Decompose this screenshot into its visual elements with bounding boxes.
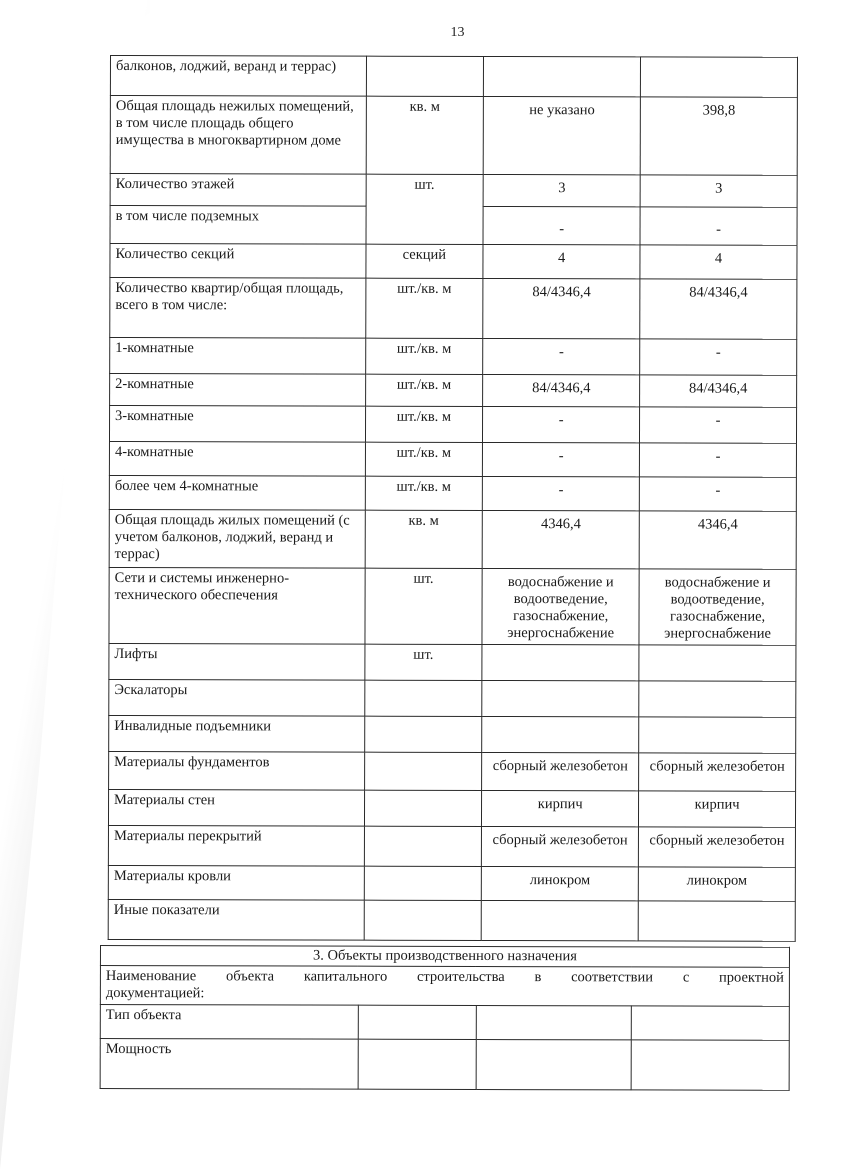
row-unit [364,752,482,790]
label-word: строительства [417,969,505,986]
row-unit [364,826,482,866]
row-design-value [481,900,638,940]
row-label: Общая площадь нежилых помещений, в том ч… [110,96,366,175]
row-label: Количество квартир/общая площадь, всего … [110,278,366,339]
row-label: Тип объекта [100,1005,358,1040]
row-design-value: сборный железобетон [482,826,639,866]
row-actual-value: 84/4346,4 [640,279,797,339]
row-design-value: 4346,4 [482,510,639,568]
row-unit [364,866,482,900]
row-label: Сети и системы инженерно-технического об… [109,567,365,644]
label-word: соответствии [571,969,653,986]
row-actual-value: - [640,407,797,443]
row-design-value: кирпич [482,790,639,826]
row-unit: шт./кв. м [365,338,483,374]
row-actual-value: - [639,477,796,511]
row-actual-value [632,1006,790,1040]
row-label: Лифты [109,643,365,680]
row-label: 3-комнатные [109,406,365,443]
row-actual-value [639,681,796,717]
row-actual-value: кирпич [639,791,796,827]
row-label: Материалы стен [108,789,364,826]
production-objects-table: 3. Объекты производственного назначения … [100,945,790,1091]
row-unit [364,716,482,752]
table-row: Общая площадь нежилых помещений, в том ч… [110,96,797,176]
row-label: Мощность [100,1039,358,1090]
row-design-value: - [483,206,640,244]
row-unit [366,56,484,96]
row-design-value: - [483,442,640,476]
row-label: 2-комнатные [110,374,366,407]
row-actual-value: 3 [640,175,797,207]
row-design-value [476,1039,632,1089]
row-actual-value: 4346,4 [639,511,796,569]
row-actual-value [638,901,795,941]
table-row: Сети и системы инженерно-технического об… [109,567,796,645]
row-design-value: водоснабжение и водоотведение, газоснабж… [482,568,639,644]
row-actual-value [631,1040,789,1090]
label-word: проектной [719,970,784,987]
row-design-value: не указано [483,96,640,174]
row-label: балконов, лоджий, веранд и террас) [110,56,366,97]
row-unit [364,900,482,940]
row-unit: кв. м [366,96,484,174]
row-label: более чем 4-комнатные [109,475,365,510]
row-actual-value: 4 [640,245,797,279]
row-design-value: 84/4346,4 [483,374,640,406]
row-design-value: 4 [483,244,640,278]
row-design-value [484,56,641,96]
object-name-label-line2: документацией: [106,985,784,1004]
row-actual-value [641,57,798,97]
row-label: Общая площадь жилых помещений (с учетом … [109,509,365,568]
row-design-value [476,1005,632,1039]
section-title: 3. Объекты производственного назначения [100,946,789,968]
row-unit: шт./кв. м [365,406,483,442]
row-actual-value: - [640,207,797,245]
table-row: Эскалаторы [109,679,796,717]
table-row: Инвалидные подъемники [109,715,796,753]
table-row: более чем 4-комнатныешт./кв. м-- [109,475,796,511]
table-row: Тип объекта [100,1005,789,1041]
row-label: Иные показатели [108,899,364,940]
row-actual-value: водоснабжение и водоотведение, газоснабж… [639,569,796,645]
row-label: Материалы фундаментов [109,751,365,790]
row-actual-value: сборный железобетон [638,827,795,867]
table-row: 1-комнатныешт./кв. м-- [110,338,797,376]
row-actual-value: 84/4346,4 [640,375,797,407]
row-unit [364,680,482,716]
table-row: Материалы фундаментовсборный железобетон… [109,751,796,791]
row-unit [358,1005,476,1039]
table-row: Количество этажейшт.33 [110,174,797,208]
table-row: Материалы стенкирпичкирпич [108,789,795,827]
row-design-value: 3 [483,174,640,206]
table-row: Иные показатели [108,899,795,941]
row-label: в том числе подземных [110,206,366,245]
table-row: 3-комнатныешт./кв. м-- [109,406,796,444]
row-design-value: 84/4346,4 [483,278,640,338]
label-word: объекта [226,968,274,985]
row-actual-value [639,645,796,681]
row-design-value: - [483,406,640,442]
row-actual-value: - [640,339,797,375]
row-label: 1-комнатные [110,338,366,375]
table-row: Лифтышт. [109,643,796,681]
row-design-value [482,644,639,680]
row-actual-value: 398,8 [640,97,797,175]
row-actual-value [639,717,796,753]
row-unit: шт./кв. м [365,476,483,510]
row-unit: шт. [366,174,484,244]
row-label: Количество этажей [110,174,366,207]
table-row: 2-комнатныешт./кв. м84/4346,484/4346,4 [110,374,797,408]
building-indicators-table: балконов, лоджий, веранд и террас)Общая … [108,55,798,942]
row-unit: шт./кв. м [365,374,483,406]
row-unit: шт./кв. м [365,278,483,338]
row-unit [364,790,482,826]
label-word: в [534,969,541,986]
row-design-value: сборный железобетон [482,752,639,790]
row-design-value [482,716,639,752]
row-design-value: линокром [482,866,639,900]
row-label: Эскалаторы [109,679,365,716]
label-word: капитального [304,969,387,986]
table-row: Материалы перекрытийсборный железобетонс… [108,825,795,867]
row-actual-value: - [640,443,797,477]
table-row: Общая площадь жилых помещений (с учетом … [109,509,796,569]
table-row: Мощность [100,1039,789,1091]
row-actual-value: сборный железобетон [639,753,796,791]
row-unit: шт. [364,644,482,680]
row-label: Материалы кровли [108,865,364,900]
table-row: балконов, лоджий, веранд и террас) [110,56,797,98]
row-label: Материалы перекрытий [108,825,364,866]
table-row: Количество квартир/общая площадь, всего … [110,278,797,340]
row-label: Количество секций [110,244,366,279]
row-label: 4-комнатные [109,441,365,476]
table-row: 4-комнатныешт./кв. м-- [109,441,796,477]
row-label: Инвалидные подъемники [109,715,365,752]
object-name-label-line1: Наименованиеобъектакапитальногостроитель… [106,968,784,987]
object-name-row: Наименованиеобъектакапитальногостроитель… [100,966,789,1007]
row-unit: шт./кв. м [365,442,483,476]
table-row: Количество секцийсекций44 [110,244,797,280]
row-actual-value: линокром [638,867,795,901]
row-unit: секций [365,244,483,278]
row-unit: шт. [364,568,482,644]
row-unit [358,1039,476,1089]
object-name-label: Наименованиеобъектакапитальногостроитель… [100,966,789,1007]
section-title-row: 3. Объекты производственного назначения [100,946,789,968]
label-word: Наименование [106,968,196,985]
table-row: Материалы кровлилинокромлинокром [108,865,795,901]
label-word: с [683,970,689,987]
row-design-value [482,680,639,716]
row-unit: кв. м [365,510,483,568]
page-number: 13 [0,25,850,41]
row-design-value: - [483,476,640,510]
row-design-value: - [483,338,640,374]
